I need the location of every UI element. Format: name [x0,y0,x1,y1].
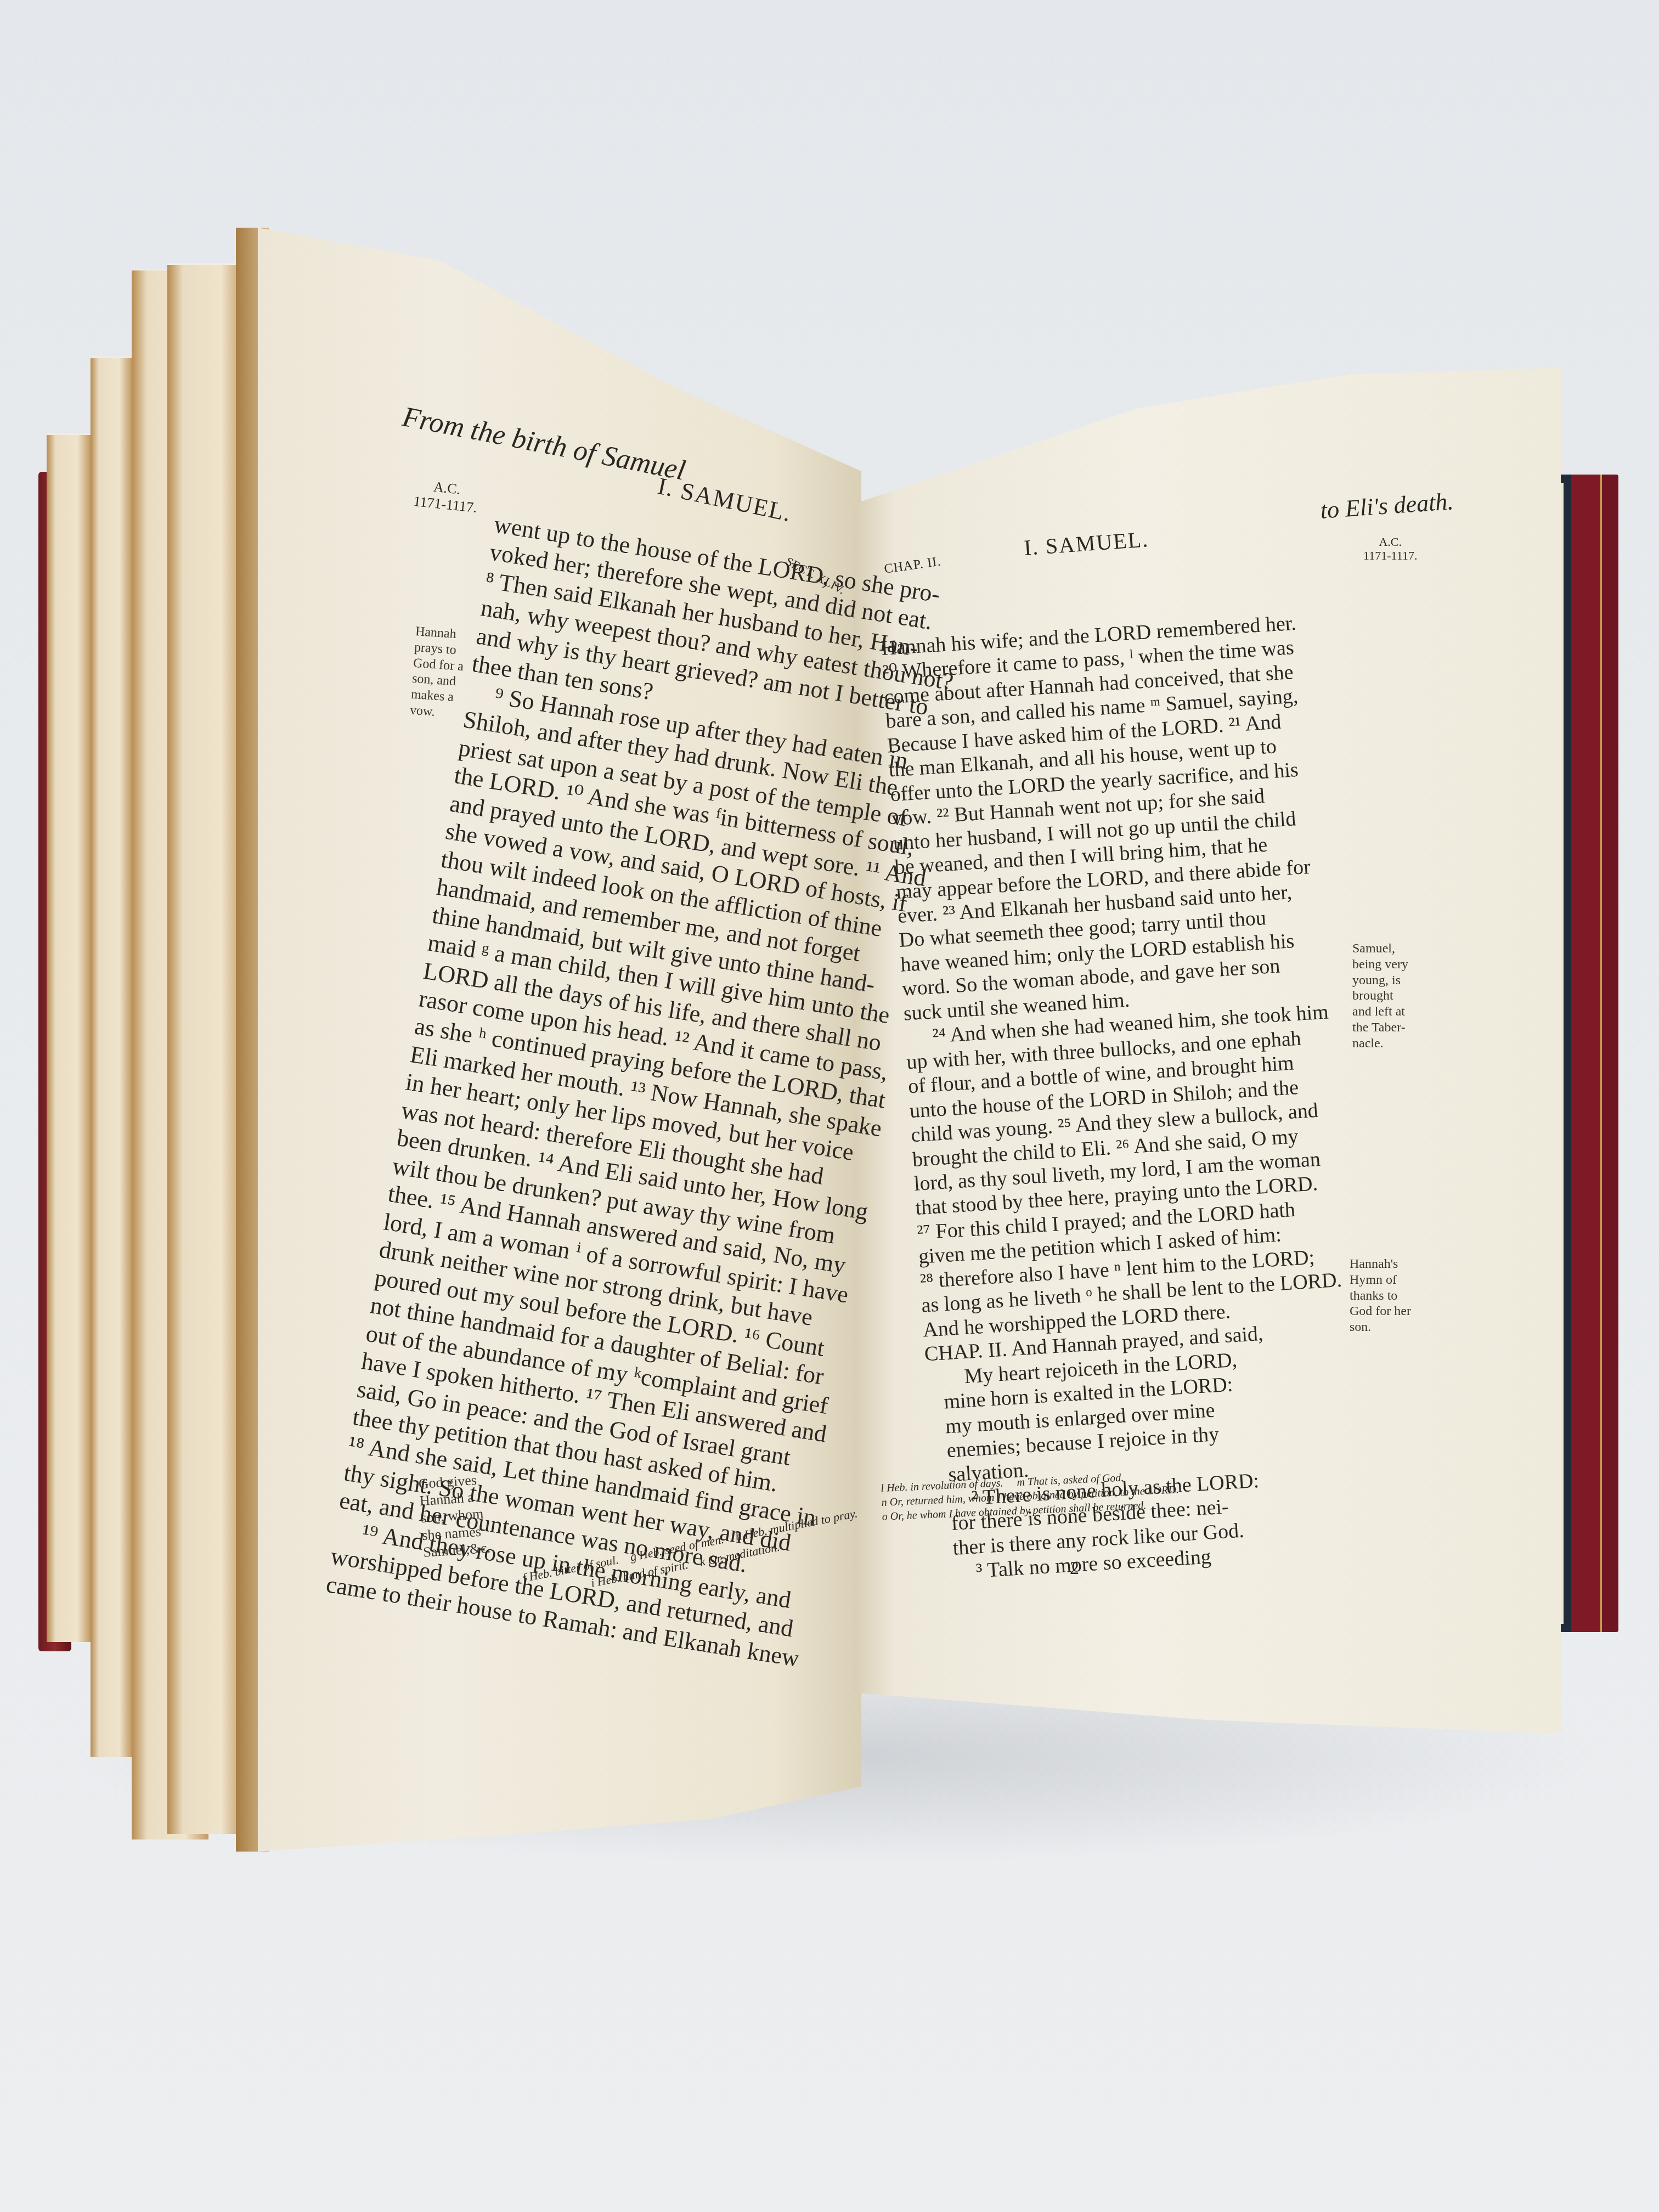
page-leaf [167,263,244,1834]
margin-note: Samuel, being very young, is brought and… [1352,941,1408,1052]
page-leaf [47,433,91,1642]
book-cover-right-edge [1558,475,1618,1632]
margin-note: Hannah prays to God for a son, and makes… [409,624,466,722]
date-margin-left: A.C. 1171-1117. [413,477,479,516]
date-label: A.C. [1363,535,1417,549]
date-margin-right: A.C. 1171-1117. [1363,535,1417,563]
date-range: 1171-1117. [1363,549,1417,562]
margin-note: Hannah's Hymn of thanks to God for her s… [1350,1256,1411,1335]
page-leaf [91,357,132,1757]
page-number: 2 [1070,1558,1079,1579]
right-page-body: Hannah his wife; and the LORD remembered… [881,611,1362,1586]
